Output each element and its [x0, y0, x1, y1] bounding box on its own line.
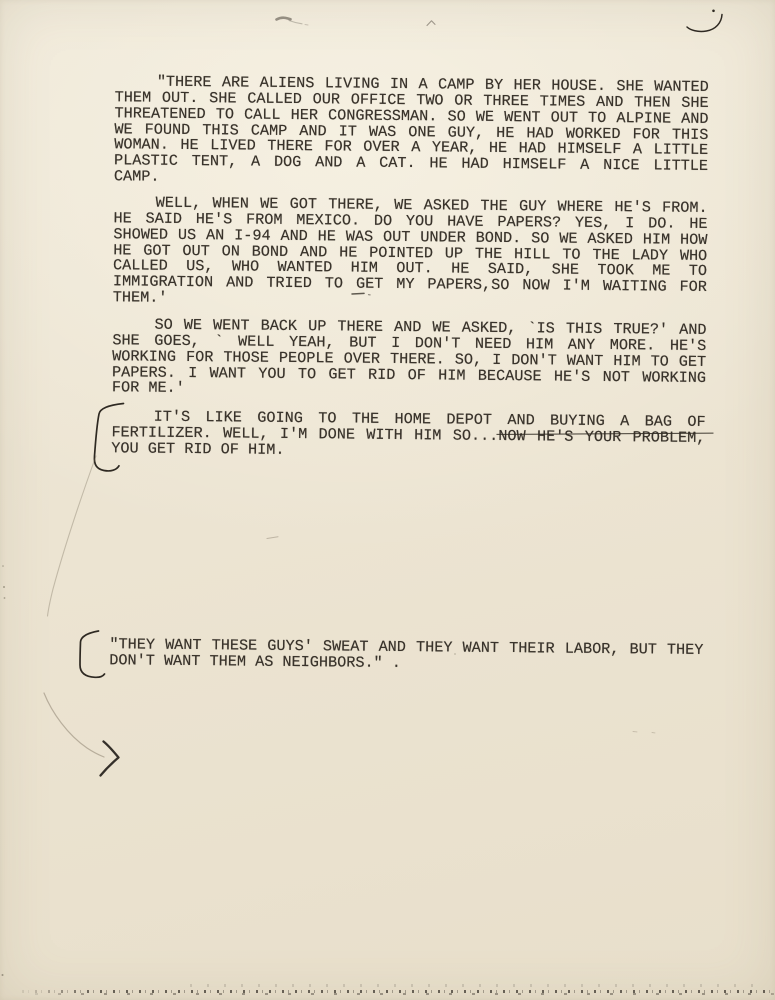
struck-out-text: NOW HE'S YOUR PROBLEM, [498, 427, 705, 447]
paragraph-home-depot: IT'S LIKE GOING TO THE HOME DEPOT AND BU… [111, 409, 705, 462]
scan-edge-artifact [22, 988, 775, 996]
scanned-typescript-page: "THERE ARE ALIENS LIVING IN A CAMP BY HE… [0, 0, 775, 1000]
scan-edge-artifact-sparse [190, 984, 765, 987]
typed-text-block: "THERE ARE ALIENS LIVING IN A CAMP BY HE… [0, 0, 775, 1000]
paragraph-neighbors-quote: "THEY WANT THESE GUYS' SWEAT AND THEY WA… [109, 637, 703, 674]
paragraph-is-this-true: SO WE WENT BACK UP THERE AND WE ASKED, `… [112, 317, 707, 402]
paragraph-aliens-camp: "THERE ARE ALIENS LIVING IN A CAMP BY HE… [114, 74, 709, 191]
paragraph-where-hes-from: WELL, WHEN WE GOT THERE, WE ASKED THE GU… [113, 195, 708, 312]
